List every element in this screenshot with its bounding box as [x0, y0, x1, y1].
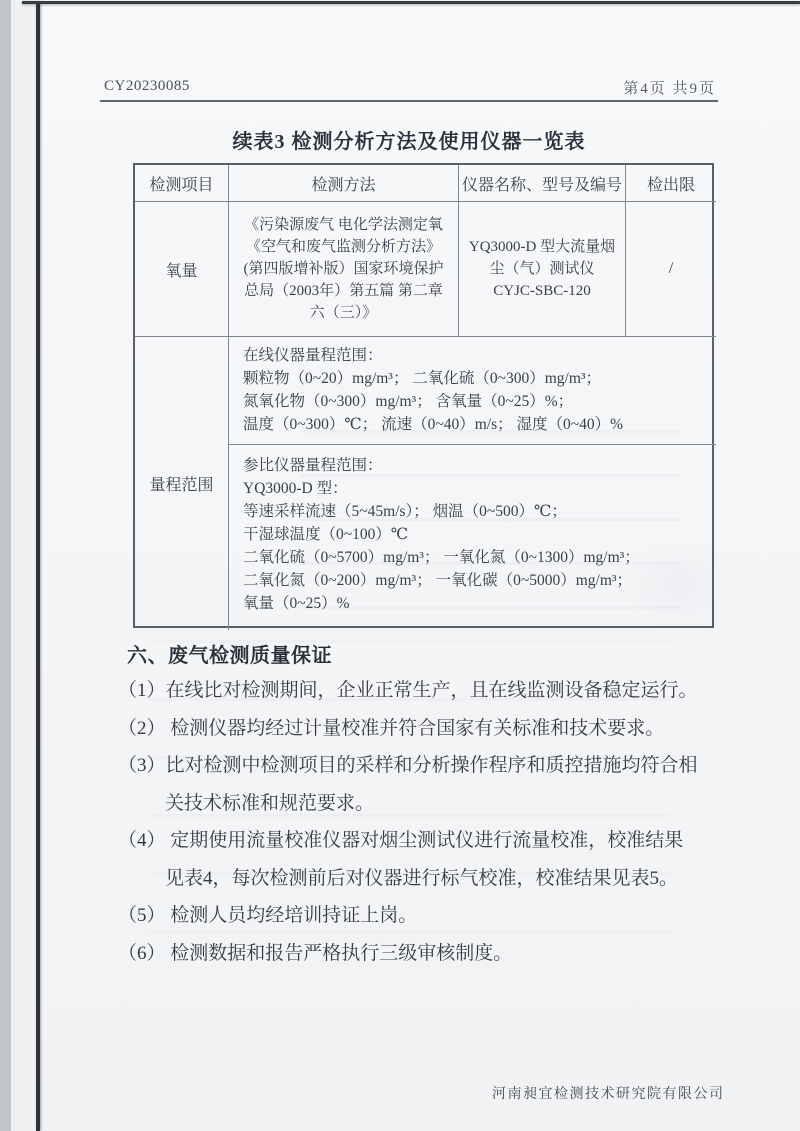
cell-detection-limit-oxygen: /: [626, 202, 716, 337]
reference-range-line: YQ3000-D 型：: [243, 477, 716, 500]
qa-item: （4） 定期使用流量校准仪器对烟尘测试仪进行流量校准，校准结果见表4，每次检测前…: [118, 822, 698, 897]
instrument-code: CYJC-SBC-120: [493, 280, 591, 302]
reference-range-line: 二氧化氮（0~200）mg/m³； 一氧化碳（0~5000）mg/m³；: [243, 569, 716, 592]
qa-item: （5） 检测人员均经培训持证上岗。: [118, 897, 698, 935]
column-header-method: 检测方法: [229, 165, 459, 202]
section-heading-qa: 六、废气检测质量保证: [127, 639, 332, 668]
cell-method-oxygen: 《污染源废气 电化学法测定氧《空气和废气监测分析方法》(第四版增补版）国家环境保…: [229, 202, 459, 337]
cell-online-instrument-ranges: 在线仪器量程范围： 颗粒物（0~20）mg/m³； 二氧化硫（0~300）mg/…: [229, 337, 716, 445]
table-title: 续表3 检测分析方法及使用仪器一览表: [96, 125, 722, 154]
cell-instrument-oxygen: YQ3000-D 型大流量烟尘（气）测试仪 CYJC-SBC-120: [459, 202, 626, 337]
reference-range-title: 参比仪器量程范围：: [243, 454, 716, 477]
reference-range-line: 等速采样流速（5~45m/s）； 烟温（0~500）℃；: [243, 500, 716, 523]
cell-item-range: 量程范围: [135, 337, 229, 630]
report-number: CY20230085: [104, 78, 190, 95]
scan-left-strip: [0, 0, 11, 1131]
reference-range-line: 二氧化硫（0~5700）mg/m³； 一氧化氮（0~1300）mg/m³；: [243, 546, 716, 569]
online-range-line: 颗粒物（0~20）mg/m³； 二氧化硫（0~300）mg/m³；: [243, 367, 716, 390]
online-range-line: 温度（0~300）℃； 流速（0~40）m/s； 湿度（0~40）%: [243, 413, 716, 436]
cell-item-oxygen: 氧量: [135, 202, 229, 337]
qa-item: （1）在线比对检测期间，企业正常生产，且在线监测设备稳定运行。: [118, 672, 698, 710]
qa-item: （6） 检测数据和报告严格执行三级审核制度。: [118, 935, 698, 973]
reference-range-line: 干湿球温度（0~100）℃: [243, 523, 716, 546]
column-header-item: 检测项目: [135, 165, 229, 202]
page-edge-top-line: [22, 1, 800, 4]
footer-company-name: 河南昶宜检测技术研究院有限公司: [492, 1083, 725, 1103]
online-range-title: 在线仪器量程范围：: [243, 344, 716, 367]
header-divider: [100, 100, 718, 102]
qa-item-list: （1）在线比对检测期间，企业正常生产，且在线监测设备稳定运行。 （2） 检测仪器…: [118, 672, 698, 972]
reference-range-line: 氧量（0~25）%: [243, 592, 716, 615]
online-range-line: 氮氧化物（0~300）mg/m³； 含氧量（0~25）%；: [243, 390, 716, 413]
method-instrument-table: 检测项目 检测方法 仪器名称、型号及编号 检出限 氧量 《污染源废气 电化学法测…: [133, 163, 714, 628]
instrument-name: YQ3000-D 型大流量烟尘（气）测试仪: [465, 236, 619, 280]
cell-reference-instrument-ranges: 参比仪器量程范围： YQ3000-D 型： 等速采样流速（5~45m/s）； 烟…: [229, 445, 716, 630]
qa-item: （2） 检测仪器均经过计量校准并符合国家有关标准和技术要求。: [118, 710, 698, 748]
page-number: 第4页 共9页: [516, 77, 716, 98]
scan-left-gutter: [11, 0, 36, 1131]
page-edge-vertical-line: [36, 2, 40, 1131]
qa-item: （3）比对检测中检测项目的采样和分析操作程序和质控措施均符合相关技术标准和规范要…: [118, 747, 698, 822]
column-header-instrument: 仪器名称、型号及编号: [459, 165, 626, 202]
column-header-detection-limit: 检出限: [626, 165, 716, 202]
